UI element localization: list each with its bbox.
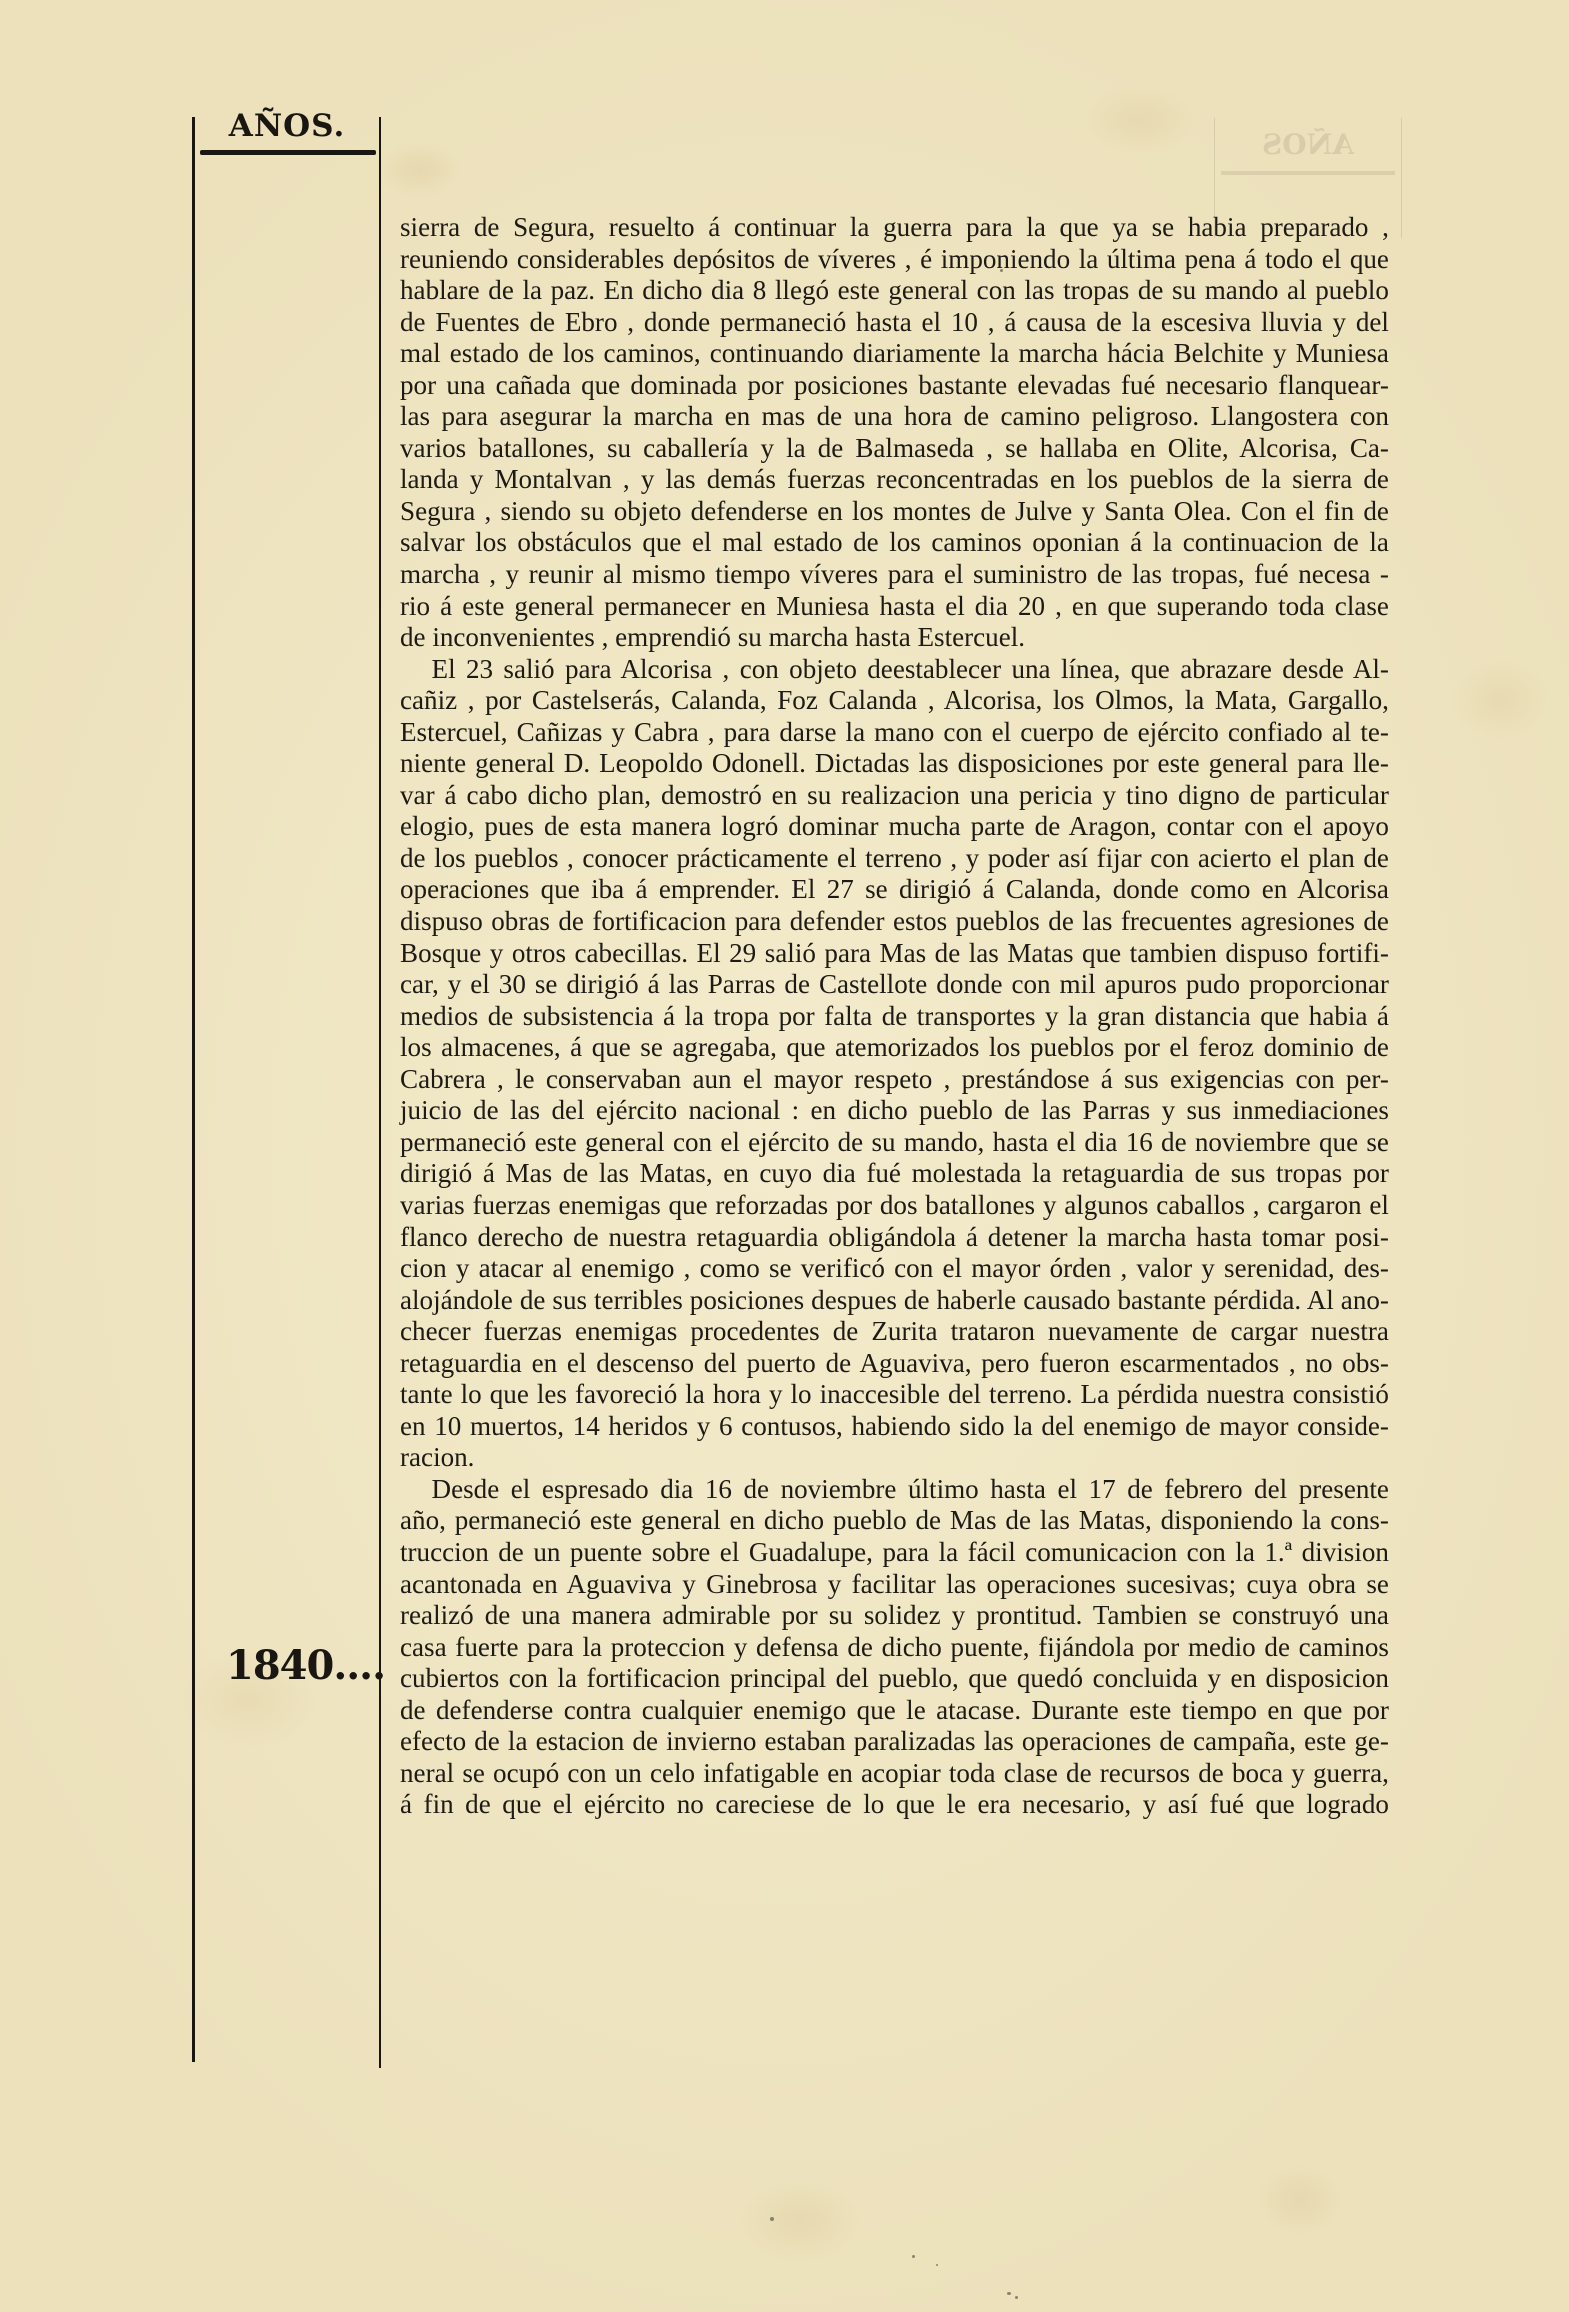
text-line: los almacenes, á que se agregaba, que at…: [400, 1031, 1389, 1063]
text-line: las para asegurar la marcha en mas de un…: [400, 400, 1389, 432]
text-line: varias fuerzas enemigas que reforzadas p…: [400, 1189, 1389, 1221]
text-line: dirigió á Mas de las Matas, en cuyo dia …: [400, 1157, 1389, 1189]
text-line: en 10 muertos, 14 heridos y 6 contusos, …: [400, 1410, 1389, 1442]
text-line: por una cañada que dominada por posicion…: [400, 369, 1389, 401]
bleed-through-rule: [1221, 171, 1395, 175]
text-line: cañiz , por Castelserás, Calanda, Foz Ca…: [400, 684, 1389, 716]
text-line: realizó de una manera admirable por su s…: [400, 1599, 1389, 1631]
text-line: sierra de Segura, resuelto á continuar l…: [400, 211, 1389, 243]
text-line: casa fuerte para la proteccion y defensa…: [400, 1631, 1389, 1663]
text-line: Cabrera , le conservaban aun el mayor re…: [400, 1063, 1389, 1095]
margin-header-rule: [200, 150, 376, 155]
text-line: salvar los obstáculos que el mal estado …: [400, 526, 1389, 558]
text-line: Segura , siendo su objeto defenderse en …: [400, 495, 1389, 527]
text-line: efecto de la estacion de invierno estaba…: [400, 1725, 1389, 1757]
text-line: landa y Montalvan , y las demás fuerzas …: [400, 463, 1389, 495]
text-line: rio á este general permanecer en Muniesa…: [400, 590, 1389, 622]
text-line: mal estado de los caminos, continuando d…: [400, 337, 1389, 369]
margin-year-label: 1840....: [226, 1642, 385, 1689]
text-line: neral se ocupó con un celo infatigable e…: [400, 1757, 1389, 1789]
text-line: operaciones que iba á emprender. El 27 s…: [400, 873, 1389, 905]
text-line: var á cabo dicho plan, demostró en su re…: [400, 779, 1389, 811]
text-line: tante lo que les favoreció la hora y lo …: [400, 1378, 1389, 1410]
text-line: á fin de que el ejército no careciese de…: [400, 1788, 1389, 1820]
text-line: de inconvenientes , emprendió su marcha …: [400, 621, 1389, 653]
margin-inner-rule: [379, 117, 381, 2068]
paper-speck: [912, 2255, 915, 2258]
text-line: flanco derecho de nuestra retaguardia ob…: [400, 1221, 1389, 1253]
text-line: hablare de la paz. En dicho dia 8 llegó …: [400, 274, 1389, 306]
text-line: permaneció este general con el ejército …: [400, 1126, 1389, 1158]
text-line: cubiertos con la fortificacion principal…: [400, 1662, 1389, 1694]
text-line: cion y atacar al enemigo , como se verif…: [400, 1252, 1389, 1284]
text-line: acantonada en Aguaviva y Ginebrosa y fac…: [400, 1568, 1389, 1600]
text-line: racion.: [400, 1441, 1389, 1473]
text-line: niente general D. Leopoldo Odonell. Dict…: [400, 747, 1389, 779]
text-line: marcha , y reunir al mismo tiempo vívere…: [400, 558, 1389, 590]
text-line: car, y el 30 se dirigió á las Parras de …: [400, 968, 1389, 1000]
text-line: retaguardia en el descenso del puerto de…: [400, 1347, 1389, 1379]
paper-speck: [936, 2264, 938, 2266]
margin-header-title: AÑOS.: [195, 108, 379, 144]
text-line: dispuso obras de fortificacion para defe…: [400, 905, 1389, 937]
text-line: de los pueblos , conocer prácticamente e…: [400, 842, 1389, 874]
text-line: truccion de un puente sobre el Guadalupe…: [400, 1536, 1389, 1568]
text-line: Desde el espresado dia 16 de noviembre ú…: [400, 1473, 1389, 1505]
text-line: Bosque y otros cabecillas. El 29 salió p…: [400, 937, 1389, 969]
paper-speck: [1015, 2296, 1018, 2299]
body-text-column: sierra de Segura, resuelto á continuar l…: [400, 211, 1389, 1820]
text-line: varios batallones, su caballería y la de…: [400, 432, 1389, 464]
paper-speck: [1007, 2292, 1011, 2295]
text-line: alojándole de sus terribles posiciones d…: [400, 1284, 1389, 1316]
bleed-through-title: AÑOS: [1215, 128, 1401, 161]
text-line: juicio de las del ejército nacional : en…: [400, 1094, 1389, 1126]
paper-speck: [770, 2217, 774, 2221]
paper-speck: [1000, 269, 1003, 272]
text-line: checer fuerzas enemigas procedentes de Z…: [400, 1315, 1389, 1347]
text-line: medios de subsistencia á la tropa por fa…: [400, 1000, 1389, 1032]
text-line: reuniendo considerables depósitos de vív…: [400, 243, 1389, 275]
text-line: Estercuel, Cañizas y Cabra , para darse …: [400, 716, 1389, 748]
text-line: de defenderse contra cualquier enemigo q…: [400, 1694, 1389, 1726]
text-line: elogio, pues de esta manera logró domina…: [400, 810, 1389, 842]
text-line: de Fuentes de Ebro , donde permaneció ha…: [400, 306, 1389, 338]
text-line: El 23 salió para Alcorisa , con objeto d…: [400, 653, 1389, 685]
margin-outer-rule: [192, 117, 195, 2062]
text-line: año, permaneció este general en dicho pu…: [400, 1504, 1389, 1536]
